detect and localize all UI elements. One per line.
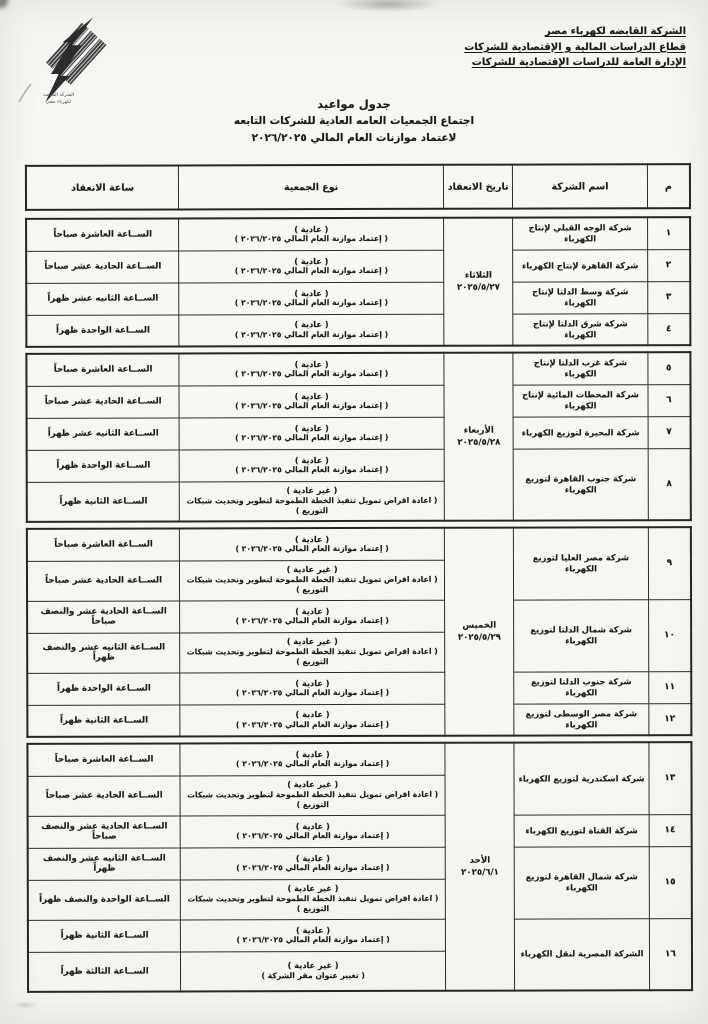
letterhead-company-name: الشركة القابضه لكهرباء مصر xyxy=(464,24,686,40)
assembly-type-label: ( عادية ) xyxy=(183,390,441,401)
meeting-time: الســاعة الواحدة ظهراً xyxy=(27,449,180,481)
schedule-group-body: ١٣شركة اسكندرية لتوزيع الكهرباءالأحد٢٠٢٥… xyxy=(27,742,692,992)
table-row: ١٣شركة اسكندرية لتوزيع الكهرباءالأحد٢٠٢٥… xyxy=(27,742,691,776)
row-number: ١١ xyxy=(648,671,691,703)
meeting-time: الســاعة الثالثة ظهراً xyxy=(28,951,181,991)
assembly-type: ( عادية )( إعتماد موازنة العام المالي ٢٠… xyxy=(179,449,444,482)
assembly-type-label: ( عادية ) xyxy=(184,749,442,760)
assembly-type: ( غير عادية )( تغيير عنوان مقر الشركة ) xyxy=(181,951,446,992)
meeting-date-value: ٢٠٢٥/٥/٢٩ xyxy=(448,632,510,644)
table-row: ٥شركة غرب الدلتا لإنتاج الكهرباءالأربعاء… xyxy=(26,352,690,386)
meeting-day-name: الأحد xyxy=(449,855,511,867)
letterhead-sector: قطاع الدراسات المالية و الإقتصادية للشرك… xyxy=(464,40,686,56)
assembly-agenda: ( إعتماد موازنة العام المالي ٢٠٢٦/٢٠٢٥ ) xyxy=(184,863,442,874)
meeting-date: الأربعاء٢٠٢٥/٥/٢٨ xyxy=(444,353,514,521)
row-number: ١٦ xyxy=(649,918,692,990)
assembly-type-label: ( غير عادية ) xyxy=(184,883,442,894)
schedule-group-body: ٩شركة مصر العليا لتوزيع الكهرباءالخميس٢٠… xyxy=(27,527,692,737)
company-name: شركة اسكندرية لتوزيع الكهرباء xyxy=(514,742,649,814)
table-row: ١٥شركة شمال القاهرة لتوزيع الكهرباء( عاد… xyxy=(28,846,692,880)
row-number: ٤ xyxy=(648,313,691,345)
row-number: ٩ xyxy=(648,527,691,599)
company-name: شركة الوجه القبلي لإنتاج الكهرباء xyxy=(513,217,648,249)
row-number: ١٠ xyxy=(648,599,691,671)
assembly-agenda: ( اعادة اقراض تمويل تنفيذ الخطة الطموحة … xyxy=(184,894,442,916)
meeting-time: الســاعة الواحدة ظهراً xyxy=(26,314,179,346)
company-name: شركة المحطات المائية لإنتاج الكهرباء xyxy=(513,384,648,416)
assembly-type: ( عادية )( إعتماد موازنة العام المالي ٢٠… xyxy=(180,815,445,848)
letterhead: الشركة القابضه لكهرباء مصر قطاع الدراسات… xyxy=(464,24,686,71)
assembly-type: ( عادية )( إعتماد موازنة العام المالي ٢٠… xyxy=(179,385,444,418)
assembly-agenda: ( إعتماد موازنة العام المالي ٢٠٢٦/٢٠٢٥ ) xyxy=(183,369,441,380)
assembly-type-label: ( عادية ) xyxy=(184,677,442,688)
meeting-time: الســاعة الحادية عشر والنصف صباحاً xyxy=(28,815,181,847)
assembly-agenda: ( إعتماد موازنة العام المالي ٢٠٢٦/٢٠٢٥ ) xyxy=(184,759,442,770)
col-header-assembly-type: نوع الجمعية xyxy=(179,165,444,210)
assembly-type-label: ( عادية ) xyxy=(184,820,442,831)
assembly-agenda: ( إعتماد موازنة العام المالي ٢٠٢٦/٢٠٢٥ ) xyxy=(183,616,441,627)
company-name: شركة شرق الدلتا لإنتاج الكهرباء xyxy=(513,313,648,345)
meeting-day-name: الثلاثاء xyxy=(447,270,509,282)
col-header-meeting-date: تاريخ الانعقاد xyxy=(443,165,512,209)
table-row: ٦شركة المحطات المائية لإنتاج الكهرباء( ع… xyxy=(26,384,690,418)
assembly-type: ( غير عادية )( اعادة اقراض تمويل تنفيذ ا… xyxy=(180,775,445,816)
assembly-type-label: ( عادية ) xyxy=(184,924,442,935)
company-name: شركة مصر الوسطى لتوزيع الكهرباء xyxy=(514,703,649,735)
meeting-time: الســاعة الحادية عشر صباحاً xyxy=(28,775,181,815)
row-number: ٧ xyxy=(648,416,691,448)
assembly-agenda: ( إعتماد موازنة العام المالي ٢٠٢٦/٢٠٢٥ ) xyxy=(184,720,442,731)
assembly-agenda: ( إعتماد موازنة العام المالي ٢٠٢٦/٢٠٢٥ ) xyxy=(184,688,442,699)
row-number: ١٢ xyxy=(649,703,692,735)
company-name: شركة شمال القاهرة لتوزيع الكهرباء xyxy=(515,846,650,918)
meeting-time: الســاعة الثانيه عشر ظهراً xyxy=(27,417,180,449)
assembly-agenda: ( إعتماد موازنة العام المالي ٢٠٢٦/٢٠٢٥ ) xyxy=(184,935,442,946)
assembly-agenda: ( إعتماد موازنة العام المالي ٢٠٢٦/٢٠٢٥ ) xyxy=(184,831,442,842)
scan-smudge-artifact xyxy=(338,0,438,12)
meeting-day-name: الأربعاء xyxy=(448,425,510,437)
row-number: ٦ xyxy=(648,384,691,416)
meeting-date: الثلاثاء٢٠٢٥/٥/٢٧ xyxy=(444,218,514,346)
table-row: ١شركة الوجه القبلي لإنتاج الكهرباءالثلاث… xyxy=(26,217,690,251)
assembly-type: ( عادية )( إعتماد موازنة العام المالي ٢٠… xyxy=(180,600,445,633)
row-number: ١ xyxy=(647,217,690,249)
assembly-type: ( عادية )( إعتماد موازنة العام المالي ٢٠… xyxy=(180,528,445,561)
company-name: الشركة المصرية لنقل الكهرباء xyxy=(515,918,650,990)
scan-edge-artifact xyxy=(12,1002,38,1008)
assembly-agenda: ( إعتماد موازنة العام المالي ٢٠٢٦/٢٠٢٥ ) xyxy=(183,401,441,412)
meeting-time: الســاعة العاشرة صباحاً xyxy=(27,743,180,775)
assembly-type: ( غير عادية )( اعادة اقراض تمويل تنفيذ ا… xyxy=(180,560,445,601)
schedule-group-4: ١٣شركة اسكندرية لتوزيع الكهرباءالأحد٢٠٢٥… xyxy=(26,741,693,993)
assembly-type: ( عادية )( إعتماد موازنة العام المالي ٢٠… xyxy=(180,847,445,880)
assembly-type-label: ( عادية ) xyxy=(184,852,442,863)
assembly-type: ( عادية )( إعتماد موازنة العام المالي ٢٠… xyxy=(179,250,444,283)
company-name: شركة البحيرة لتوزيع الكهرباء xyxy=(513,416,648,448)
table-row: ٨شركة جنوب القاهرة لتوزيع الكهرباء( عادي… xyxy=(27,448,691,482)
scanned-document-page: الشركة القابضة لكهرباء مصر الشركة القابض… xyxy=(0,0,708,1024)
schedule-group-body: ١شركة الوجه القبلي لإنتاج الكهرباءالثلاث… xyxy=(26,217,690,347)
assembly-type-label: ( عادية ) xyxy=(182,255,440,266)
assembly-type-label: ( غير عادية ) xyxy=(183,485,441,496)
assembly-type-label: ( غير عادية ) xyxy=(183,636,441,647)
col-header-number: م xyxy=(647,164,690,208)
meeting-time: الســاعة الثانيه عشر ظهراً xyxy=(26,282,179,314)
meeting-time: الســاعة الحادية عشر والنصف صباحاً xyxy=(27,600,180,632)
company-name: شركة وسط الدلتا لإنتاج الكهرباء xyxy=(513,281,648,313)
schedule-groups: ١شركة الوجه القبلي لإنتاج الكهرباءالثلاث… xyxy=(19,216,693,993)
assembly-type: ( عادية )( إعتماد موازنة العام المالي ٢٠… xyxy=(180,704,445,737)
table-row: ١٢شركة مصر الوسطى لتوزيع الكهرباء( عادية… xyxy=(27,703,691,737)
assembly-type-label: ( عادية ) xyxy=(182,224,440,235)
table-row: ٣شركة وسط الدلتا لإنتاج الكهرباء( عادية … xyxy=(26,281,690,315)
assembly-agenda: ( اعادة اقراض تمويل تنفيذ الخطة الطموحة … xyxy=(184,790,442,812)
assembly-type-label: ( عادية ) xyxy=(183,605,441,616)
meeting-time: الســاعة الثانية ظهراً xyxy=(27,704,180,736)
assembly-type: ( غير عادية )( اعادة اقراض تمويل تنفيذ ا… xyxy=(180,481,445,522)
assembly-agenda: ( إعتماد موازنة العام المالي ٢٠٢٦/٢٠٢٥ ) xyxy=(182,266,440,277)
row-number: ٨ xyxy=(648,448,691,520)
meeting-date: الأحد٢٠٢٥/٦/١ xyxy=(445,743,515,991)
assembly-type-label: ( غير عادية ) xyxy=(184,779,442,790)
table-header: م اسم الشركة تاريخ الانعقاد نوع الجمعية … xyxy=(25,163,691,211)
table-row: ٧شركة البحيرة لتوزيع الكهرباء( عادية )( … xyxy=(27,416,691,450)
assembly-agenda: ( اعادة اقراض تمويل تنفيذ الخطة الطموحة … xyxy=(183,575,441,597)
company-name: شركة جنوب الدلتا لتوزيع الكهرباء xyxy=(514,671,649,703)
assembly-type: ( عادية )( إعتماد موازنة العام المالي ٢٠… xyxy=(180,672,445,705)
title-line-2: اجتماع الجمعيات العامه العادية للشركات ا… xyxy=(0,113,708,130)
meeting-date-value: ٢٠٢٥/٥/٢٧ xyxy=(447,282,509,294)
schedule-group-1: ١شركة الوجه القبلي لإنتاج الكهرباءالثلاث… xyxy=(25,216,691,348)
meeting-time: الســاعة العاشرة صباحاً xyxy=(26,353,179,385)
assembly-agenda: ( تغيير عنوان مقر الشركة ) xyxy=(184,971,442,982)
meeting-date-value: ٢٠٢٥/٥/٢٨ xyxy=(448,437,510,449)
company-name: شركة غرب الدلتا لإنتاج الكهرباء xyxy=(513,352,648,384)
meeting-date-value: ٢٠٢٥/٦/١ xyxy=(449,867,511,879)
row-number: ١٣ xyxy=(649,742,692,814)
company-name: شركة القناة لتوزيع الكهرباء xyxy=(514,814,649,846)
table-row: ١٦الشركة المصرية لنقل الكهرباء( عادية )(… xyxy=(28,918,692,952)
assembly-type-label: ( عادية ) xyxy=(183,454,441,465)
assembly-type: ( عادية )( إعتماد موازنة العام المالي ٢٠… xyxy=(180,743,445,776)
assembly-type-label: ( عادية ) xyxy=(183,287,441,298)
table-row: ١٠شركة شمال الدلتا لتوزيع الكهرباء( عادي… xyxy=(27,599,691,633)
assembly-type-label: ( غير عادية ) xyxy=(184,960,442,971)
assembly-type: ( عادية )( إعتماد موازنة العام المالي ٢٠… xyxy=(179,353,444,386)
assembly-type-label: ( عادية ) xyxy=(183,422,441,433)
assembly-agenda: ( إعتماد موازنة العام المالي ٢٠٢٦/٢٠٢٥ ) xyxy=(183,544,441,555)
company-name: شركة مصر العليا لتوزيع الكهرباء xyxy=(514,527,649,599)
title-line-3: لاعتماد موازنات العام المالي ٢٠٢٦/٢٠٢٥ xyxy=(0,130,708,147)
title-line-1: جدول مواعيد xyxy=(0,95,708,113)
meeting-time: الســاعة الحادية عشر صباحاً xyxy=(27,560,180,600)
table-row: ٩شركة مصر العليا لتوزيع الكهرباءالخميس٢٠… xyxy=(27,527,691,561)
meeting-time: الســاعة العاشرة صباحاً xyxy=(27,528,180,560)
row-number: ٣ xyxy=(647,281,690,313)
assembly-type-label: ( عادية ) xyxy=(184,709,442,720)
assembly-agenda: ( اعادة اقراض تمويل تنفيذ الخطة الطموحة … xyxy=(183,647,441,669)
meeting-day-name: الخميس xyxy=(448,620,510,632)
schedule-table-area: م اسم الشركة تاريخ الانعقاد نوع الجمعية … xyxy=(19,163,693,998)
assembly-agenda: ( إعتماد موازنة العام المالي ٢٠٢٦/٢٠٢٥ ) xyxy=(183,298,441,309)
assembly-type: ( عادية )( إعتماد موازنة العام المالي ٢٠… xyxy=(179,282,444,315)
assembly-agenda: ( إعتماد موازنة العام المالي ٢٠٢٦/٢٠٢٥ ) xyxy=(182,234,440,245)
row-number: ١٥ xyxy=(649,846,692,918)
assembly-type: ( غير عادية )( اعادة اقراض تمويل تنفيذ ا… xyxy=(180,632,445,673)
assembly-type: ( غير عادية )( اعادة اقراض تمويل تنفيذ ا… xyxy=(181,879,446,920)
table-row: ٤شركة شرق الدلتا لإنتاج الكهرباء( عادية … xyxy=(26,313,690,347)
row-number: ٥ xyxy=(648,352,691,384)
assembly-type: ( عادية )( إعتماد موازنة العام المالي ٢٠… xyxy=(181,919,446,952)
meeting-date: الخميس٢٠٢٥/٥/٢٩ xyxy=(444,528,514,736)
row-number: ٢ xyxy=(647,249,690,281)
assembly-type: ( عادية )( إعتماد موازنة العام المالي ٢٠… xyxy=(179,218,444,251)
row-number: ١٤ xyxy=(649,814,692,846)
meeting-time: الســاعة الثانية ظهراً xyxy=(28,919,181,951)
assembly-agenda: ( اعادة اقراض تمويل تنفيذ الخطة الطموحة … xyxy=(183,495,441,517)
meeting-time: الســاعة الثانيه عشر والنصف ظهراً xyxy=(28,847,181,879)
assembly-agenda: ( إعتماد موازنة العام المالي ٢٠٢٦/٢٠٢٥ ) xyxy=(183,330,441,341)
schedule-group-2: ٥شركة غرب الدلتا لإنتاج الكهرباءالأربعاء… xyxy=(25,351,691,523)
letterhead-department: الإدارة العامة للدراسات الإقتصادية للشرك… xyxy=(464,55,686,71)
company-name: شركة القاهرة لإنتاج الكهرباء xyxy=(513,249,648,281)
meeting-time: الســاعة الواحدة ظهراً xyxy=(27,672,180,704)
schedule-group-body: ٥شركة غرب الدلتا لإنتاج الكهرباءالأربعاء… xyxy=(26,352,690,522)
assembly-agenda: ( إعتماد موازنة العام المالي ٢٠٢٦/٢٠٢٥ ) xyxy=(183,465,441,476)
table-row: ٢شركة القاهرة لإنتاج الكهرباء( عادية )( … xyxy=(26,249,690,283)
col-header-meeting-time: ساعة الانعقاد xyxy=(26,165,179,209)
table-row: ١١شركة جنوب الدلتا لتوزيع الكهرباء( عادي… xyxy=(27,671,691,705)
meeting-time: الســاعة الحادية عشر صباحاً xyxy=(26,385,179,417)
assembly-type-label: ( غير عادية ) xyxy=(183,564,441,575)
company-name: شركة جنوب القاهرة لتوزيع الكهرباء xyxy=(513,448,648,520)
assembly-type: ( عادية )( إعتماد موازنة العام المالي ٢٠… xyxy=(179,417,444,450)
assembly-agenda: ( إعتماد موازنة العام المالي ٢٠٢٦/٢٠٢٥ ) xyxy=(183,433,441,444)
table-header-row: م اسم الشركة تاريخ الانعقاد نوع الجمعية … xyxy=(26,164,690,210)
scan-corner-artifact xyxy=(0,0,8,8)
assembly-type-label: ( عادية ) xyxy=(183,534,441,545)
meeting-time: الســاعة العاشرة صباحاً xyxy=(26,218,179,250)
meeting-time: الســاعة الثانية ظهراً xyxy=(27,481,180,521)
assembly-type-label: ( عادية ) xyxy=(183,319,441,330)
meeting-time: الســاعة الحادية عشر صباحاً xyxy=(26,250,179,282)
assembly-type: ( عادية )( إعتماد موازنة العام المالي ٢٠… xyxy=(179,314,444,347)
company-name: شركة شمال الدلتا لتوزيع الكهرباء xyxy=(514,599,649,671)
meeting-time: الســاعة الثانيه عشر والنصف ظهراً xyxy=(27,632,180,672)
col-header-company-name: اسم الشركة xyxy=(513,164,648,208)
table-row: ١٤شركة القناة لتوزيع الكهرباء( عادية )( … xyxy=(28,814,692,848)
document-title: جدول مواعيد اجتماع الجمعيات العامه العاد… xyxy=(0,95,708,147)
schedule-group-3: ٩شركة مصر العليا لتوزيع الكهرباءالخميس٢٠… xyxy=(26,526,693,738)
assembly-type-label: ( عادية ) xyxy=(183,359,441,370)
meeting-time: الســاعة الواحدة والنصف ظهراً xyxy=(28,879,181,919)
